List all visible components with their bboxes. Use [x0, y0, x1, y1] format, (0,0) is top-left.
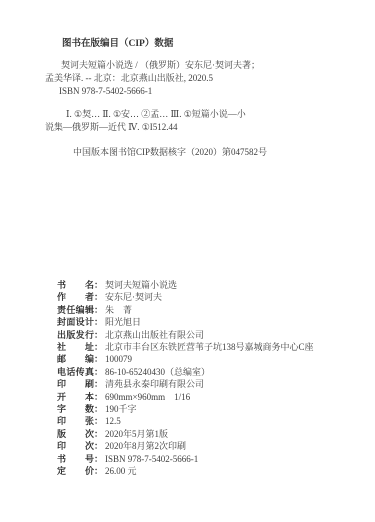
colophon-row: 字数：190千字	[57, 403, 357, 415]
colophon-row: 社址：北京市丰台区东铁匠营苇子坑138号嘉城商务中心C座	[57, 341, 357, 353]
cip-classification-line: 说集—俄罗斯—近代 Ⅳ. ①I512.44	[45, 121, 345, 134]
colophon-row: 印张：12.5	[57, 415, 357, 427]
cip-classification-line: Ⅰ. ①契… Ⅱ. ①安… ②孟… Ⅲ. ①短篇小说—小	[45, 108, 345, 121]
colophon-separator: ：	[94, 280, 103, 290]
colophon-value: 190千字	[103, 404, 137, 414]
colophon-value: 安东尼·契诃夫	[103, 292, 162, 302]
colophon-value: 北京燕山出版社有限公司	[103, 330, 204, 340]
colophon-separator: ：	[94, 330, 103, 340]
cip-record-line-publisher: 孟美华译. -- 北京：北京燕山出版社, 2020.5	[45, 72, 345, 85]
colophon-value: ISBN 978-7-5402-5666-1	[103, 454, 198, 464]
colophon-separator: ：	[94, 292, 103, 302]
colophon-label: 邮编	[57, 353, 94, 365]
colophon-label: 责任编辑	[57, 304, 94, 316]
book-copyright-page: 图书在版编目（CIP）数据 契诃夫短篇小说选 / （俄罗斯）安东尼·契诃夫著； …	[0, 0, 375, 522]
colophon-label: 书名	[57, 279, 94, 291]
cip-registry-number: 中国版本图书馆CIP数据核字（2020）第047582号	[45, 146, 345, 159]
colophon-label: 定价	[57, 465, 94, 477]
colophon-row: 定价：26.00 元	[57, 465, 357, 477]
colophon-value: 清苑县永泰印刷有限公司	[103, 379, 204, 389]
colophon-value: 26.00 元	[103, 466, 137, 476]
colophon-separator: ：	[94, 466, 103, 476]
colophon-row: 电话传真：86-10-65240430（总编室）	[57, 366, 357, 378]
colophon-label: 印次	[57, 440, 94, 452]
colophon-separator: ：	[94, 416, 103, 426]
colophon-value: 690mm×960mm 1/16	[103, 392, 190, 402]
cip-classification: Ⅰ. ①契… Ⅱ. ①安… ②孟… Ⅲ. ①短篇小说—小 说集—俄罗斯—近代 Ⅳ…	[45, 108, 345, 134]
colophon-separator: ：	[94, 392, 103, 402]
cip-record: 契诃夫短篇小说选 / （俄罗斯）安东尼·契诃夫著； 孟美华译. -- 北京：北京…	[45, 59, 345, 98]
colophon-value: 2020年8月第2次印刷	[103, 441, 186, 451]
cip-record-line-title: 契诃夫短篇小说选 / （俄罗斯）安东尼·契诃夫著；	[45, 59, 345, 72]
colophon-label: 社址	[57, 341, 94, 353]
colophon-row: 版次：2020年5月第1版	[57, 428, 357, 440]
colophon-label: 作者	[57, 291, 94, 303]
colophon-row: 封面设计：阳光旭日	[57, 316, 357, 328]
colophon-value: 阳光旭日	[103, 317, 141, 327]
cip-header: 图书在版编目（CIP）数据	[45, 38, 345, 51]
colophon-separator: ：	[94, 379, 103, 389]
colophon-row: 书名：契诃夫短篇小说选	[57, 279, 357, 291]
colophon-value: 86-10-65240430（总编室）	[103, 367, 210, 377]
colophon-separator: ：	[94, 354, 103, 364]
colophon-row: 责任编辑：朱 菁	[57, 304, 357, 316]
colophon-row: 邮编：100079	[57, 353, 357, 365]
colophon-separator: ：	[94, 404, 103, 414]
colophon-row: 作者：安东尼·契诃夫	[57, 291, 357, 303]
colophon-value: 契诃夫短篇小说选	[103, 280, 177, 290]
colophon-label: 印刷	[57, 378, 94, 390]
cip-record-line-isbn: ISBN 978-7-5402-5666-1	[45, 85, 345, 98]
colophon-value: 100079	[103, 354, 132, 364]
colophon-label: 封面设计	[57, 316, 94, 328]
colophon-row: 出版发行：北京燕山出版社有限公司	[57, 329, 357, 341]
colophon-row: 书号：ISBN 978-7-5402-5666-1	[57, 453, 357, 465]
colophon-label: 字数	[57, 403, 94, 415]
colophon-row: 印刷：清苑县永泰印刷有限公司	[57, 378, 357, 390]
colophon-label: 电话传真	[57, 366, 94, 378]
colophon-separator: ：	[94, 441, 103, 451]
colophon-value: 北京市丰台区东铁匠营苇子坑138号嘉城商务中心C座	[103, 342, 314, 352]
colophon-label: 书号	[57, 453, 94, 465]
colophon-section: 书名：契诃夫短篇小说选 作者：安东尼·契诃夫 责任编辑：朱 菁 封面设计：阳光旭…	[57, 279, 357, 478]
colophon-value: 朱 菁	[103, 305, 132, 315]
colophon-label: 印张	[57, 415, 94, 427]
colophon-separator: ：	[94, 429, 103, 439]
colophon-separator: ：	[94, 454, 103, 464]
colophon-row: 开本：690mm×960mm 1/16	[57, 391, 357, 403]
colophon-separator: ：	[94, 367, 103, 377]
colophon-separator: ：	[94, 342, 103, 352]
colophon-value: 2020年5月第1版	[103, 429, 168, 439]
colophon-row: 印次：2020年8月第2次印刷	[57, 440, 357, 452]
colophon-label: 版次	[57, 428, 94, 440]
colophon-label: 出版发行	[57, 329, 94, 341]
colophon-label: 开本	[57, 391, 94, 403]
colophon-separator: ：	[94, 317, 103, 327]
colophon-value: 12.5	[103, 416, 121, 426]
cip-section: 图书在版编目（CIP）数据 契诃夫短篇小说选 / （俄罗斯）安东尼·契诃夫著； …	[45, 38, 345, 159]
colophon-separator: ：	[94, 305, 103, 315]
